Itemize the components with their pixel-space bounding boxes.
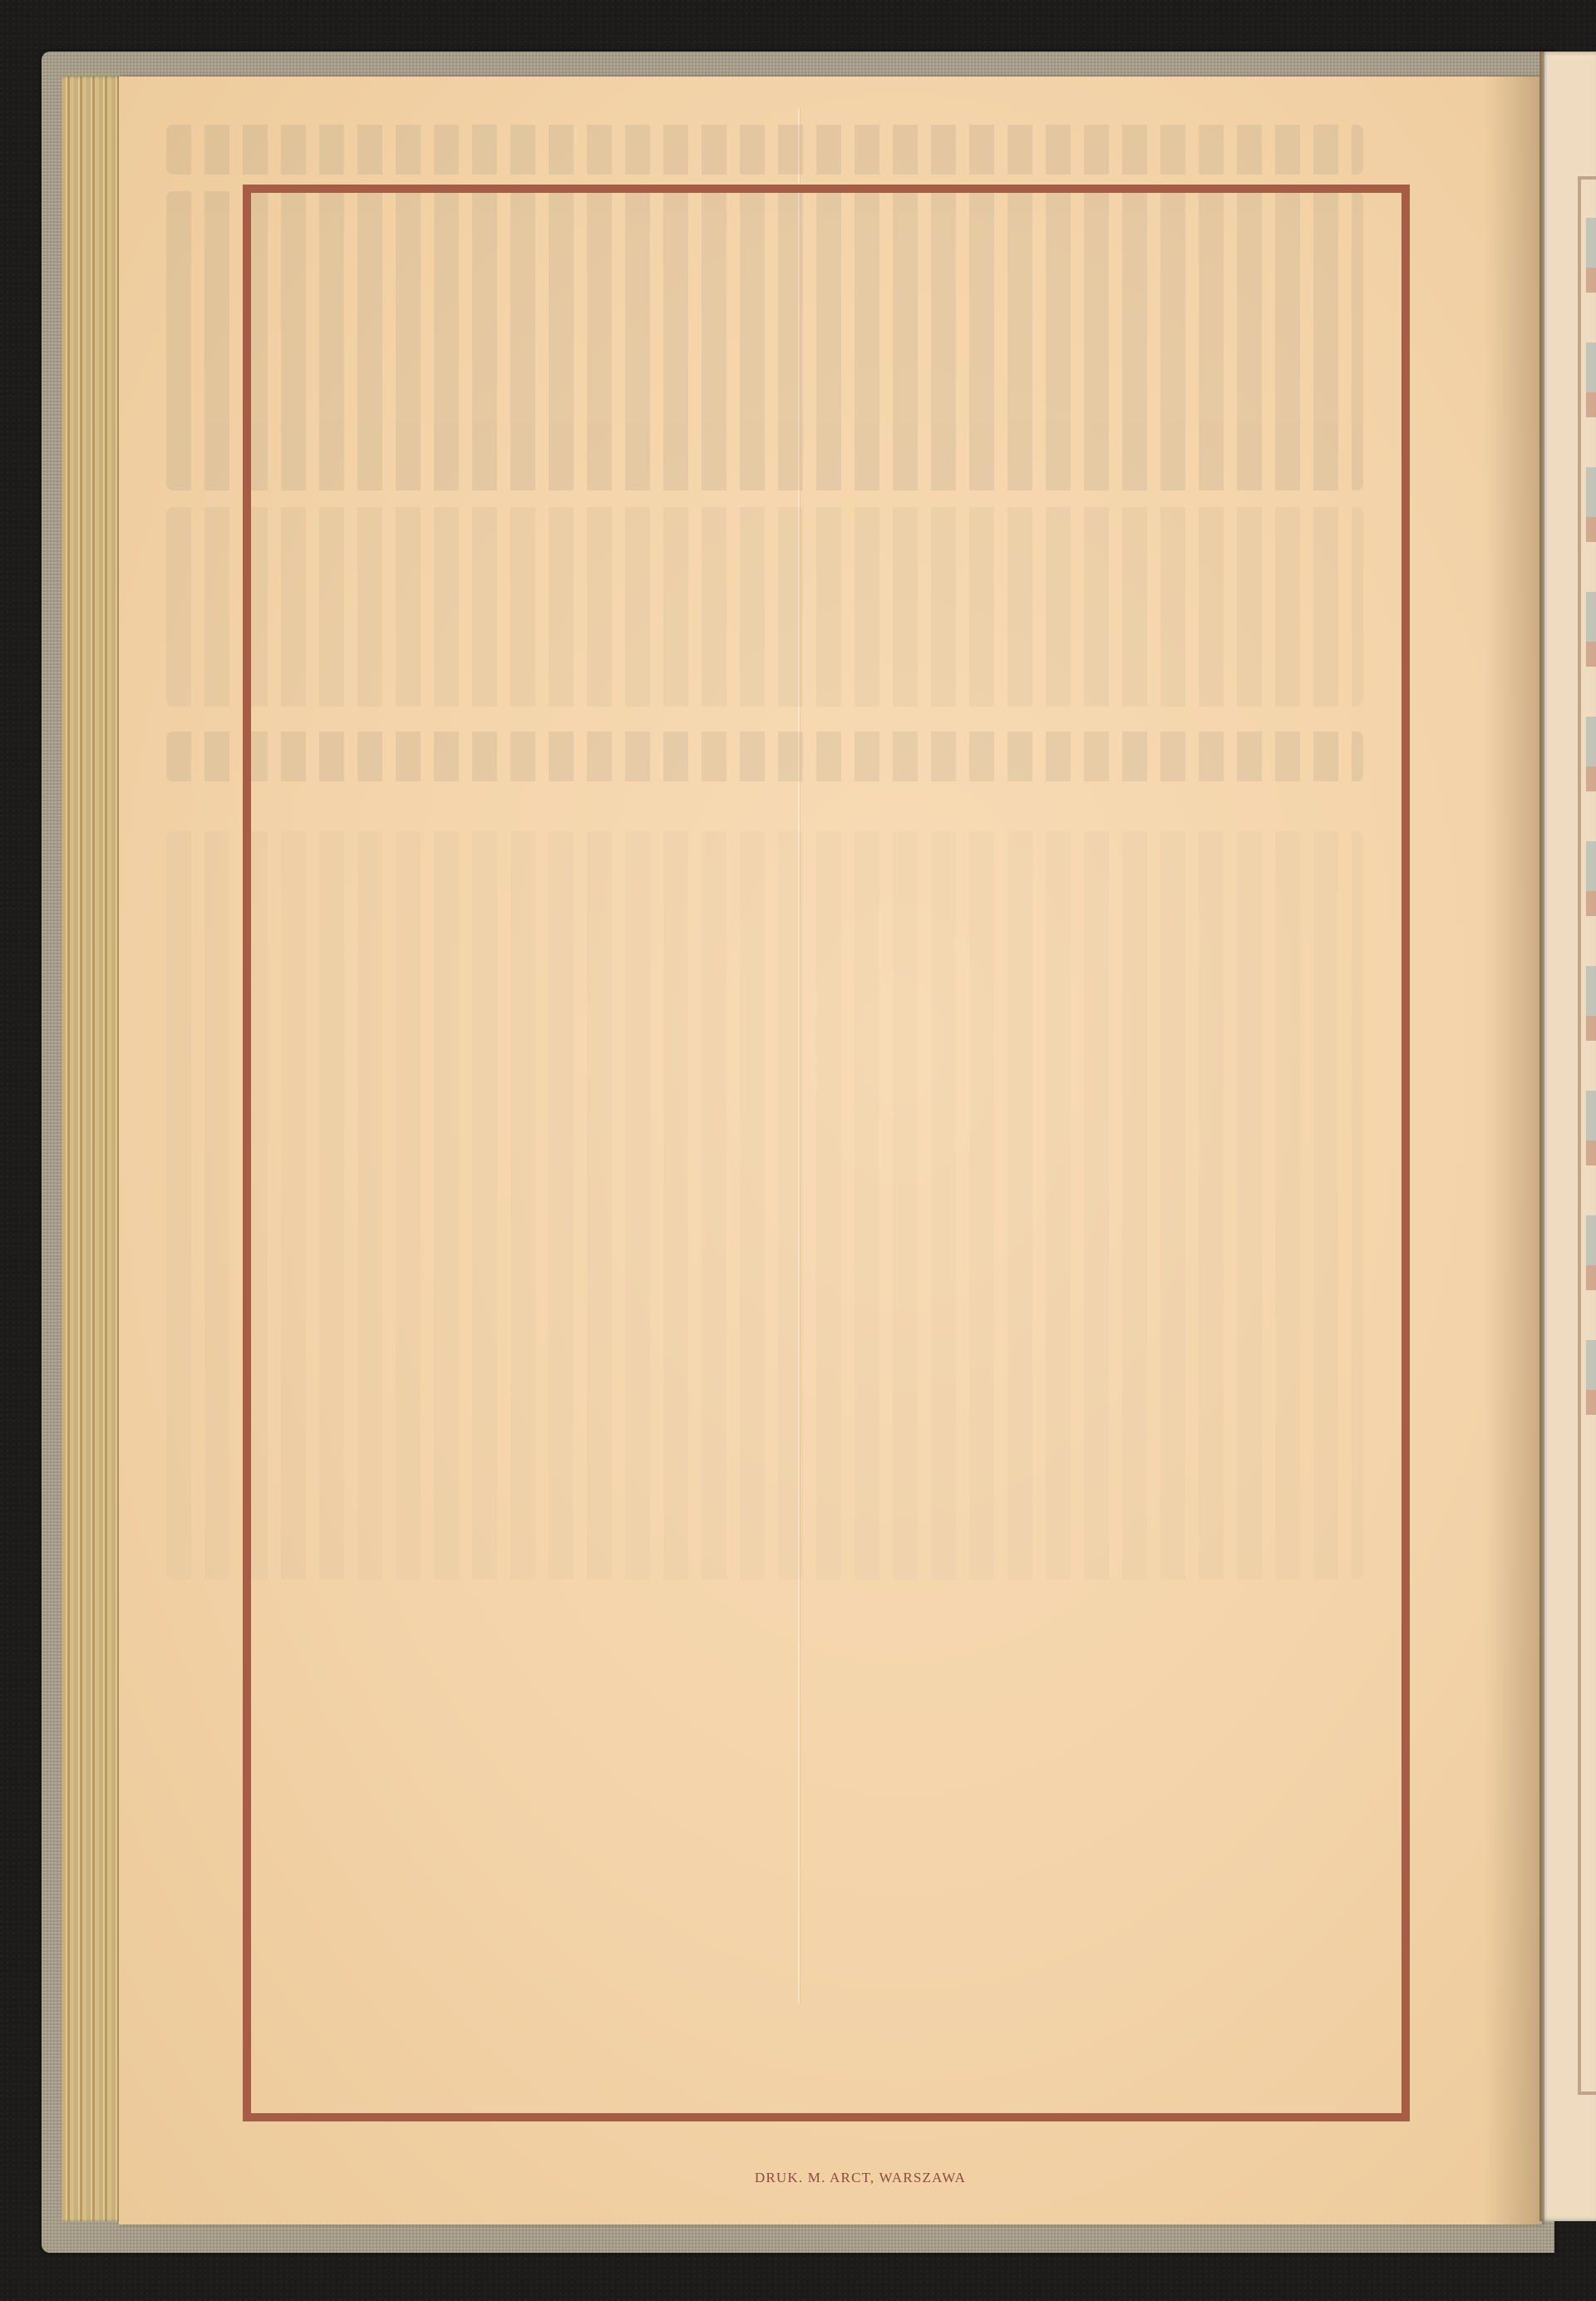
adjacent-page-edge [1539, 52, 1596, 2221]
adjacent-page-ornament [1586, 218, 1596, 1465]
page-border-frame [243, 185, 1410, 2121]
printer-imprint: DRUK. M. ARCT, WARSZAWA [0, 2170, 1596, 2186]
page-edges [62, 76, 121, 2221]
gutter-shadow [1484, 76, 1542, 2225]
